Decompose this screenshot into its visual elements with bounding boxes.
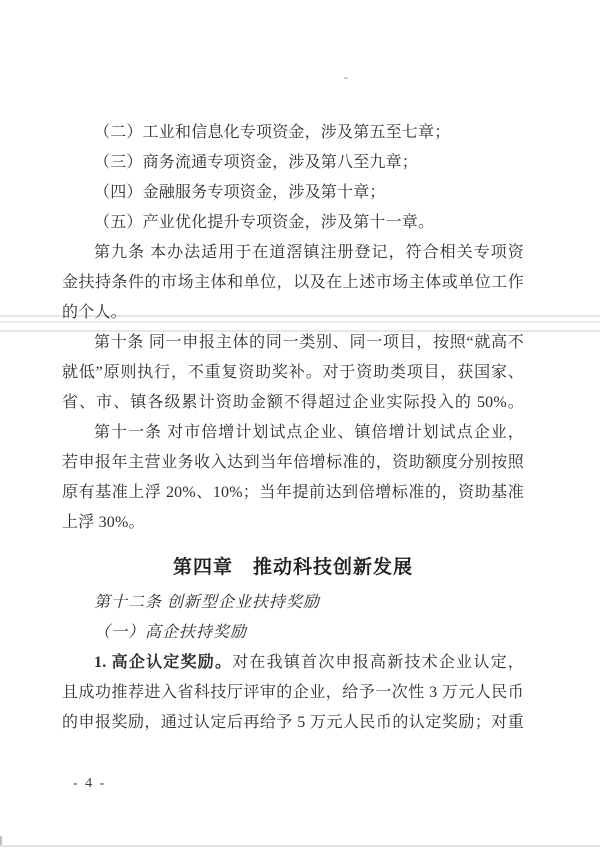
page-number: - 4 - xyxy=(73,776,106,792)
article-11-line-4: 上浮 30%。 xyxy=(62,508,524,538)
clause-1-line-2: 且成功推荐进入省科技厅评审的企业，给予一次性 3 万元人民币 xyxy=(62,678,524,708)
article-9-line-2: 金扶持条件的市场主体和单位，以及在上述市场主体或单位工作 xyxy=(62,268,524,298)
sub-item-1-title: （一）高企扶持奖励 xyxy=(62,618,524,648)
scan-artifact-bottom-line xyxy=(0,845,600,847)
article-9-line-3: 的个人。 xyxy=(62,298,524,328)
article-11-line-3: 原有基准上浮 20%、10%；当年提前达到倍增标准的，资助基准 xyxy=(62,478,524,508)
article-9-line-1: 第九条 本办法适用于在道滘镇注册登记，符合相关专项资 xyxy=(62,238,524,268)
scan-edge-mark xyxy=(0,836,2,845)
document-page: （二）工业和信息化专项资金，涉及第五至七章； （三）商务流通专项资金，涉及第八至… xyxy=(0,0,600,848)
document-body: （二）工业和信息化专项资金，涉及第五至七章； （三）商务流通专项资金，涉及第八至… xyxy=(62,118,524,738)
article-10-line-1: 第十条 同一申报主体的同一类别、同一项目，按照“就高不 xyxy=(62,328,524,358)
article-9-paragraph: 第九条 本办法适用于在道滘镇注册登记，符合相关专项资 金扶持条件的市场主体和单位… xyxy=(62,238,524,328)
article-11-paragraph: 第十一条 对市倍增计划试点企业、镇倍增计划试点企业， 若申报年主营业务收入达到当… xyxy=(62,418,524,538)
fund-item-list: （二）工业和信息化专项资金，涉及第五至七章； （三）商务流通专项资金，涉及第八至… xyxy=(62,118,524,238)
article-11-line-1: 第十一条 对市倍增计划试点企业、镇倍增计划试点企业， xyxy=(62,418,524,448)
fund-item-4: （四）金融服务专项资金，涉及第十章； xyxy=(62,178,524,208)
clause-1-paragraph: 1. 高企认定奖励。对在我镇首次申报高新技术企业认定， 且成功推荐进入省科技厅评… xyxy=(62,648,524,738)
article-12-title: 第十二条 创新型企业扶持奖励 xyxy=(62,588,524,618)
chapter-4-heading: 第四章 推动科技创新发展 xyxy=(62,554,524,582)
clause-1-line-1: 1. 高企认定奖励。对在我镇首次申报高新技术企业认定， xyxy=(62,648,524,678)
article-11-line-2: 若申报年主营业务收入达到当年倍增标准的，资助额度分别按照 xyxy=(62,448,524,478)
ink-speck xyxy=(344,77,348,79)
article-10-line-3: 省、市、镇各级累计资助金额不得超过企业实际投入的 50%。 xyxy=(62,388,524,418)
clause-1-line-1-rest: 对在我镇首次申报高新技术企业认定， xyxy=(232,654,524,671)
fund-item-3: （三）商务流通专项资金，涉及第八至九章； xyxy=(62,148,524,178)
clause-1-lead: 1. 高企认定奖励。 xyxy=(94,654,232,671)
fund-item-5: （五）产业优化提升专项资金，涉及第十一章。 xyxy=(62,208,524,238)
article-10-line-2: 就低”原则执行，不重复资助奖补。对于资助类项目，获国家、 xyxy=(62,358,524,388)
article-10-paragraph: 第十条 同一申报主体的同一类别、同一项目，按照“就高不 就低”原则执行，不重复资… xyxy=(62,328,524,418)
clause-1-line-3: 的申报奖励，通过认定后再给予 5 万元人民币的认定奖励；对重 xyxy=(62,708,524,738)
fund-item-2: （二）工业和信息化专项资金，涉及第五至七章； xyxy=(62,118,524,148)
